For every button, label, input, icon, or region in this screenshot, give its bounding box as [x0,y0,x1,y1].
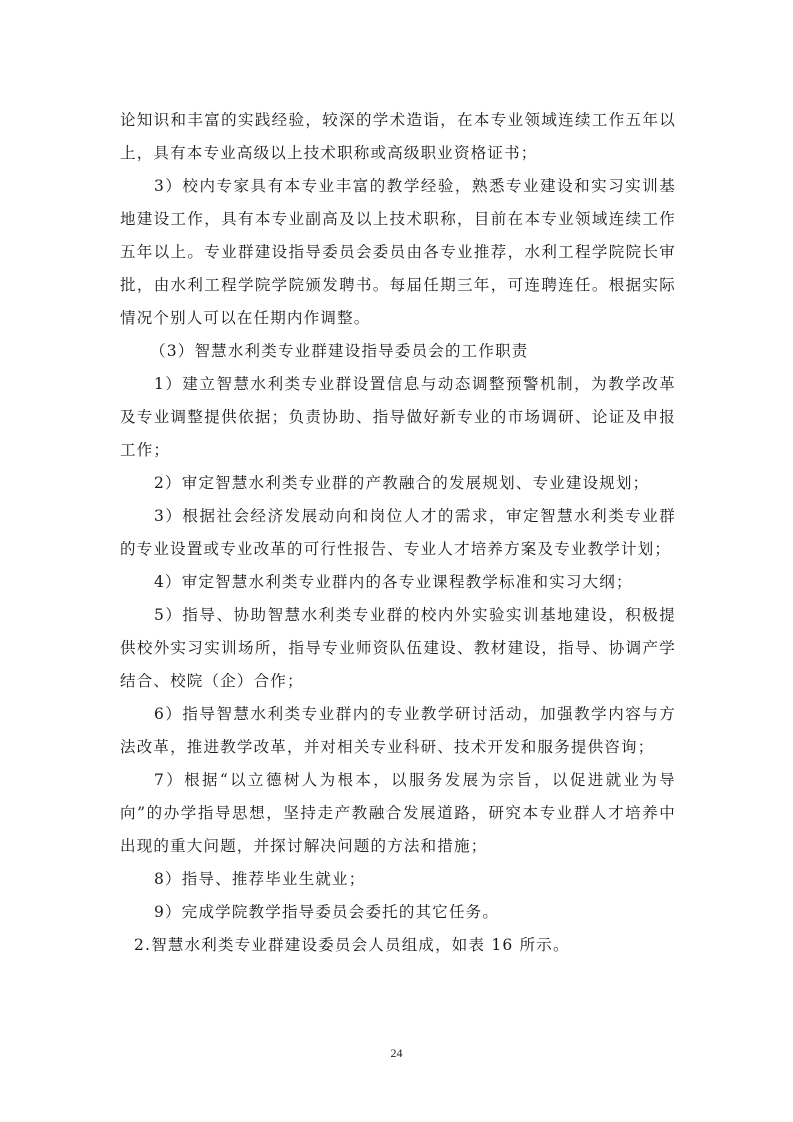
paragraph-continuation: 论知识和丰富的实践经验，较深的学术造诣，在本专业领域连续工作五年以上，具有本专业… [120,104,676,170]
document-page-body: 论知识和丰富的实践经验，较深的学术造诣，在本专业领域连续工作五年以上，具有本专业… [120,104,676,962]
list-item-2: 2）审定智慧水利类专业群的产教融合的发展规划、专业建设规划； [120,467,676,500]
list-item-6: 6）指导智慧水利类专业群内的专业教学研讨活动，加强教学内容与方法改革，推进教学改… [120,698,676,764]
page-number: 24 [0,1046,793,1061]
list-item-8: 8）指导、推荐毕业生就业； [120,863,676,896]
list-item-1: 1）建立智慧水利类专业群设置信息与动态调整预警机制，为教学改革及专业调整提供依据… [120,368,676,467]
list-item-9: 9）完成学院教学指导委员会委托的其它任务。 [120,896,676,929]
list-item-7: 7）根据“以立德树人为根本，以服务发展为宗旨，以促进就业为导向”的办学指导思想，… [120,764,676,863]
section-heading-committee-composition: 2.智慧水利类专业群建设委员会人员组成，如表 16 所示。 [120,929,676,962]
list-item-4: 4）审定智慧水利类专业群内的各专业课程教学标准和实习大纲； [120,566,676,599]
list-item-5: 5）指导、协助智慧水利类专业群的校内外实验实训基地建设，积极提供校外实习实训场所… [120,599,676,698]
list-item-3: 3）根据社会经济发展动向和岗位人才的需求，审定智慧水利类专业群的专业设置或专业改… [120,500,676,566]
paragraph-item-3-internal-experts: 3）校内专家具有本专业丰富的教学经验，熟悉专业建设和实习实训基地建设工作，具有本… [120,170,676,335]
section-heading-responsibilities: （3）智慧水利类专业群建设指导委员会的工作职责 [120,335,676,368]
